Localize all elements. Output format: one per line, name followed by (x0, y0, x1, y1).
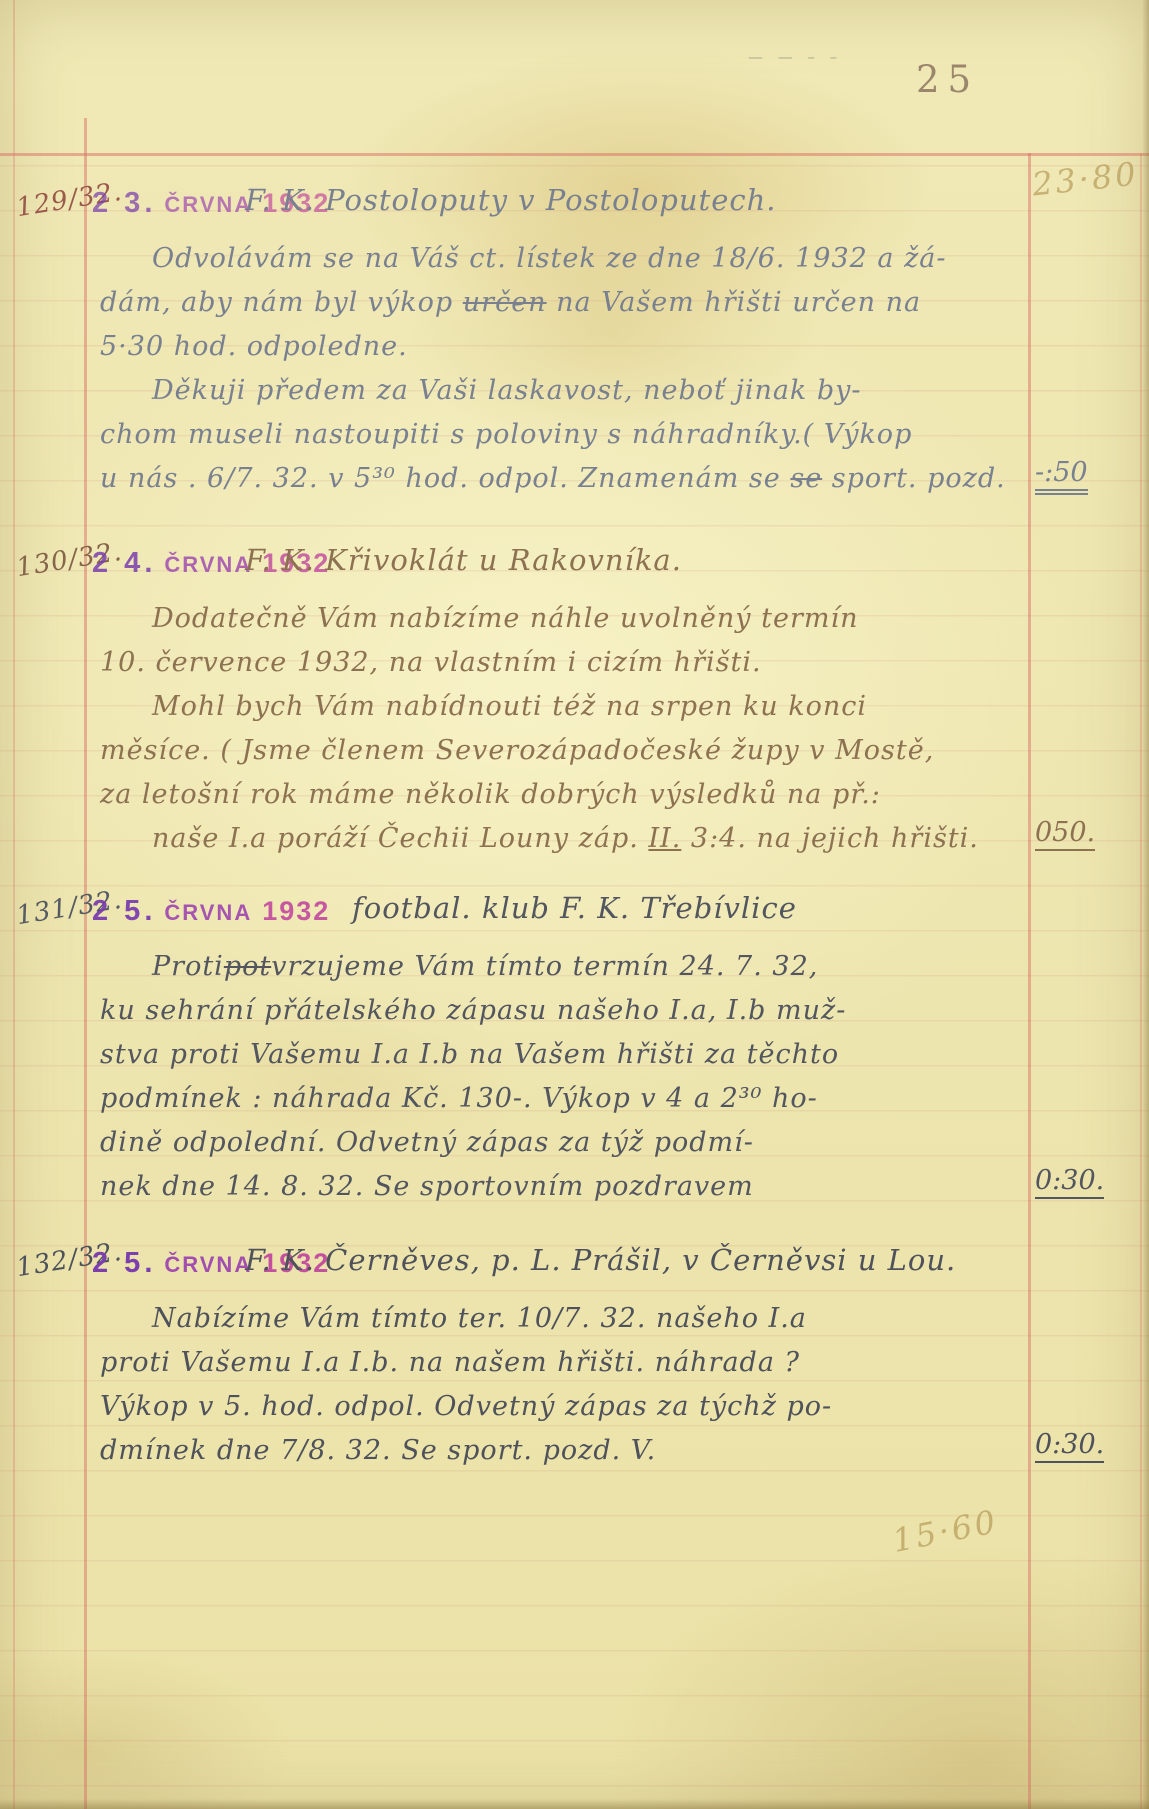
entry-body: Odvolávám se na Váš ct. lístek ze dne 18… (100, 243, 1000, 507)
entry-title: F. K. Černěves, p. L. Prášil, v Černěvsi… (245, 1243, 956, 1277)
entry-line: Dodatečně Vám nabízíme náhle uvolněný te… (100, 603, 1000, 647)
left-margin-line (84, 118, 87, 1809)
fee-amount: 050. (1035, 817, 1095, 851)
stamp-day: 2 5. (92, 1247, 156, 1279)
entry-line: naše I.a poráží Čechii Louny záp. II. 3:… (100, 823, 1000, 867)
stamp-month: ČRVNA (164, 900, 252, 925)
entry-line: proti Vašemu I.a I.b. na našem hřišti. n… (100, 1347, 1000, 1391)
entry-title: footbal. klub F. K. Třebívlice (352, 891, 797, 925)
entry-line: stva proti Vašemu I.a I.b na Vašem hřišt… (100, 1039, 1000, 1083)
entry-body: Protipotvrzujeme Vám tímto termín 24. 7.… (100, 951, 1000, 1215)
fee-amount: 0:30. (1035, 1429, 1104, 1463)
entry-line: dmínek dne 7/8. 32. Se sport. pozd. V. (100, 1435, 1000, 1479)
scanned-ledger-page: { "page": { "number": "25", "top_note": … (0, 0, 1149, 1809)
entry-title: F. K. Křivoklát u Rakovníka. (245, 543, 682, 577)
entry-line: 5·30 hod. odpoledne. (100, 331, 1000, 375)
entry-line: ku sehrání přátelského zápasu našeho I.a… (100, 995, 1000, 1039)
entry-line: měsíce. ( Jsme členem Severozápadočeské … (100, 735, 1000, 779)
page-number-stamp: 25 (916, 58, 979, 101)
right-margin-line (1028, 153, 1031, 1809)
top-dashes-mark: — — – – (748, 48, 842, 66)
stamp-year: 1932 (262, 896, 330, 926)
stamp-month: ČRVNA (164, 552, 252, 577)
entry-line: za letošní rok máme několik dobrých výsl… (100, 779, 1000, 823)
fee-amount: 0:30. (1035, 1165, 1104, 1199)
scan-edge (1142, 0, 1149, 1809)
entry-line: Nabízíme Vám tímto ter. 10/7. 32. našeho… (100, 1303, 1000, 1347)
entry-line: nek dne 14. 8. 32. Se sportovním pozdrav… (100, 1171, 1000, 1215)
stamp-day: 2 5. (92, 895, 156, 927)
entry-body: Dodatečně Vám nabízíme náhle uvolněný te… (100, 603, 1000, 867)
entry-line: podmínek : náhrada Kč. 130-. Výkop v 4 a… (100, 1083, 1000, 1127)
entry-body: Nabízíme Vám tímto ter. 10/7. 32. našeho… (100, 1303, 1000, 1479)
stamp-day: 2 3. (92, 187, 156, 219)
entry-line: Protipotvrzujeme Vám tímto termín 24. 7.… (100, 951, 1000, 995)
entry-line: chom museli nastoupiti s poloviny s náhr… (100, 419, 1000, 463)
entry-line: Děkuji předem za Vaši laskavost, neboť j… (100, 375, 1000, 419)
entry-line: dám, aby nám byl výkop určen na Vašem hř… (100, 287, 1000, 331)
stamp-month: ČRVNA (164, 192, 252, 217)
header-rule (0, 153, 1149, 156)
fee-amount: -:50 (1035, 457, 1088, 495)
entry-line: u nás . 6/7. 32. v 5³⁰ hod. odpol. Zname… (100, 463, 1000, 507)
entry-line: 10. července 1932, na vlastním i cizím h… (100, 647, 1000, 691)
entry-title: F. K. Postoloputy v Postoloputech. (245, 183, 777, 217)
entry-line: Odvolávám se na Váš ct. lístek ze dne 18… (100, 243, 1000, 287)
entry-line: Výkop v 5. hod. odpol. Odvetný zápas za … (100, 1391, 1000, 1435)
stamp-day: 2 4. (92, 547, 156, 579)
entry-line: dině odpolední. Odvetný zápas za týž pod… (100, 1127, 1000, 1171)
entry-line: Mohl bych Vám nabídnouti též na srpen ku… (100, 691, 1000, 735)
scan-edge (0, 1799, 1149, 1809)
date-stamp: 2 5.ČRVNA1932 (92, 895, 330, 928)
stamp-month: ČRVNA (164, 1252, 252, 1277)
